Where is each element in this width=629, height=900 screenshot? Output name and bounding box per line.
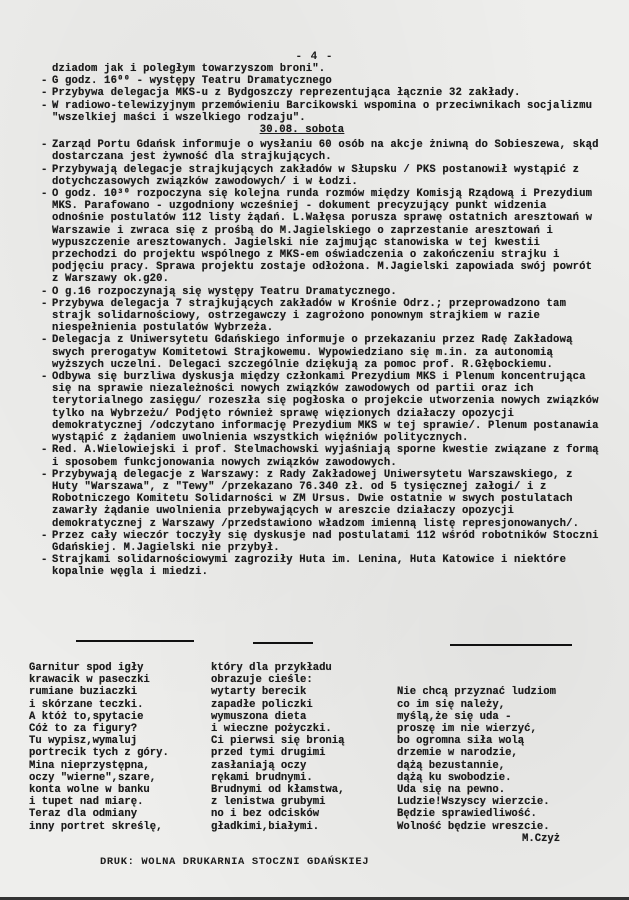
poem-line: inny portret skreślę, xyxy=(29,821,169,833)
poem-line: dążą bezustannie, xyxy=(397,760,560,772)
divider-line xyxy=(253,642,313,644)
poem-line: rękami brudnymi. xyxy=(211,772,345,784)
poem-line: i wieczne pożyczki. xyxy=(211,723,345,735)
chronicle-entry: -O g.16 rozpoczynają się występy Teatru … xyxy=(42,286,602,298)
chronicle-entry: -Zarząd Portu Gdańsk informuje o wysłani… xyxy=(42,139,602,163)
bullet-dash: - xyxy=(41,554,48,566)
entries-after-date: -Zarząd Portu Gdańsk informuje o wysłani… xyxy=(42,139,602,578)
bullet-dash: - xyxy=(41,87,48,99)
poem-line: Wolność będzie wreszcie. xyxy=(397,821,560,833)
poem-line: dążą ku swobodzie. xyxy=(397,772,560,784)
typewritten-page: - 4 - dziadom jak i poległym towarzyszom… xyxy=(0,0,629,900)
poem-line: krawacik w paseczki xyxy=(29,674,169,686)
poem-line: obrazuje cieśle: xyxy=(211,674,345,686)
bullet-dash: - xyxy=(41,530,48,542)
intro-line: dziadom jak i poległym towarzyszom broni… xyxy=(42,63,602,75)
poem-line: rumiane buziaczki xyxy=(29,686,169,698)
poem-line: przed tymi drugimi xyxy=(211,747,345,759)
poem-line: Ci pierwsi się bronią xyxy=(211,735,345,747)
divider-line xyxy=(450,644,572,646)
divider-line xyxy=(76,640,194,642)
poem-column-2: który dla przykładuobrazuje cieśle:wytar… xyxy=(211,662,345,833)
chronicle-entry: -W radiowo-telewizyjnym przemówieniu Bar… xyxy=(42,100,602,124)
chronicle-entry: -Strajkami solidarnościowymi zagroziły H… xyxy=(42,554,602,578)
bullet-dash: - xyxy=(41,75,48,87)
poem-line: zapadłe policzki xyxy=(211,699,345,711)
bullet-dash: - xyxy=(41,188,48,200)
page-number: - 4 - xyxy=(0,51,629,63)
bullet-dash: - xyxy=(41,469,48,481)
bullet-dash: - xyxy=(41,100,48,112)
chronicle-entry: -Przybywa delegacja MKS-u z Bydgoszczy r… xyxy=(42,87,602,99)
poem-author: M.Czyż xyxy=(397,833,560,845)
chronicle-entry: -G godz. 16⁰⁰ - występy Teatru Dramatycz… xyxy=(42,75,602,87)
bullet-dash: - xyxy=(41,334,48,346)
poem-line: Cóż to za figury? xyxy=(29,723,169,735)
poem-line: Tu wypisz,wymaluj xyxy=(29,735,169,747)
poem-line: Ludzie!Wszyscy wierzcie. xyxy=(397,796,560,808)
poem-line: portrecik tych z góry. xyxy=(29,747,169,759)
section-dividers xyxy=(0,640,629,648)
poem-column-3: Nie chcą przyznać ludziomco im się należ… xyxy=(397,662,560,845)
printer-footer: DRUK: WOLNA DRUKARNIA STOCZNI GDAŃSKIEJ xyxy=(100,856,369,868)
poem-line: A któż to,spytacie xyxy=(29,711,169,723)
poem-column-1: Garnitur spod igłykrawacik w paseczkirum… xyxy=(29,662,169,833)
chronicle-entry: -Przybywają delegacje z Warszawy: z Rady… xyxy=(42,469,602,530)
chronicle-entry: -Red. A.Wielowiejski i prof. Stelmachows… xyxy=(42,444,602,468)
poem-line: Nie chcą przyznać ludziom xyxy=(397,686,560,698)
poem-line: bo ogromna siła wolą xyxy=(397,735,560,747)
poem-line: proszę im nie wierzyć, xyxy=(397,723,560,735)
poem-line: Garnitur spod igły xyxy=(29,662,169,674)
chronicle-entry: -Przybywają delegacje strajkujących zakł… xyxy=(42,164,602,188)
bullet-dash: - xyxy=(41,444,48,456)
poem-line: i skórzane teczki. xyxy=(29,699,169,711)
poem-line: myślą,że się uda - xyxy=(397,711,560,723)
bullet-dash: - xyxy=(41,139,48,151)
poem-line: konta wolne w banku xyxy=(29,784,169,796)
poem-line: zasłaniają oczy xyxy=(211,760,345,772)
poem-line: wytarty berecik xyxy=(211,686,345,698)
poem-line: z lenistwa grubymi xyxy=(211,796,345,808)
poem-line: Brudnymi od kłamstwa, xyxy=(211,784,345,796)
poem-line: który dla przykładu xyxy=(211,662,345,674)
bullet-dash: - xyxy=(41,371,48,383)
chronicle-entry: -O godz. 10³⁰ rozpoczyna się kolejna run… xyxy=(42,188,602,286)
poem-line: gładkimi,białymi. xyxy=(211,821,345,833)
chronicle-entry: -Odbywa się burzliwa dyskusja między czł… xyxy=(42,371,602,444)
poem-line: oczy "wierne",szare, xyxy=(29,772,169,784)
poem-line: Uda się na pewno. xyxy=(397,784,560,796)
poem-line: wymuszona dieta xyxy=(211,711,345,723)
entries-before-date: -G godz. 16⁰⁰ - występy Teatru Dramatycz… xyxy=(42,75,602,124)
chronicle-entry: -Delegacja z Uniwersytetu Gdańskiego inf… xyxy=(42,334,602,371)
poem-line: Teraz dla odmiany xyxy=(29,808,169,820)
poem-line: Będzie sprawiedliwość. xyxy=(397,808,560,820)
poem-line: Mina nieprzystępna, xyxy=(29,760,169,772)
chronicle-entry: -Przez cały wieczór toczyły się dyskusje… xyxy=(42,530,602,554)
bullet-dash: - xyxy=(41,164,48,176)
poem-line: no i bez odcisków xyxy=(211,808,345,820)
bullet-dash: - xyxy=(41,286,48,298)
poem-line: i tupet nad miarę. xyxy=(29,796,169,808)
poem-line: drzemie w narodzie, xyxy=(397,747,560,759)
bullet-dash: - xyxy=(41,298,48,310)
chronicle-text: dziadom jak i poległym towarzyszom broni… xyxy=(42,63,602,579)
date-heading: 30.08. sobota xyxy=(42,124,602,136)
poem-line: co im się należy, xyxy=(397,699,560,711)
chronicle-entry: -Przybywa delegacja 7 strajkujących zakł… xyxy=(42,298,602,335)
